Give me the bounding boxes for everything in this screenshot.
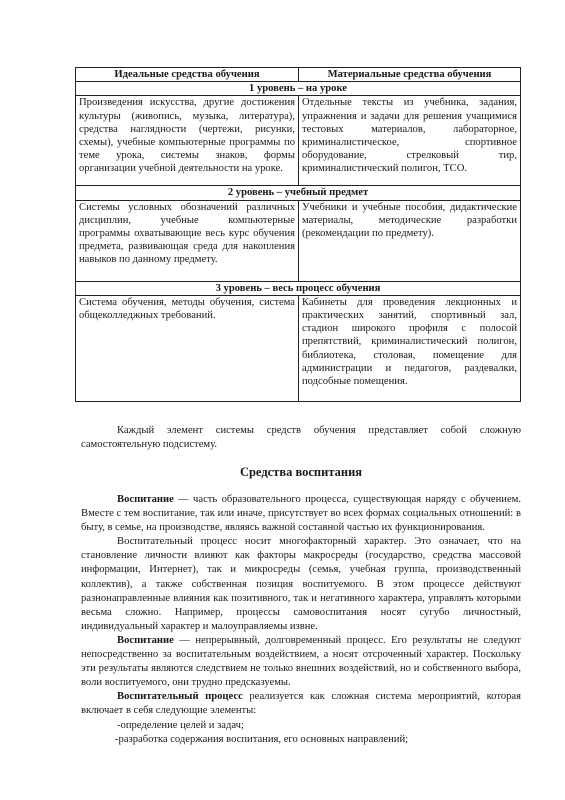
- teaching-means-table: Идеальные средства обучения Материальные…: [75, 67, 521, 402]
- table-header-row: Идеальные средства обучения Материальные…: [76, 68, 521, 82]
- paragraph: Воспитание — непрерывный, долговременный…: [81, 634, 521, 690]
- header-ideal-means: Идеальные средства обучения: [76, 68, 299, 82]
- paragraph: Каждый элемент системы средств обучения …: [81, 424, 521, 452]
- table-row: Система обучения, методы обучения, систе…: [76, 295, 521, 401]
- list-item: -определение целей и задач;: [81, 719, 521, 733]
- document-page: Идеальные средства обучения Материальные…: [0, 0, 565, 800]
- list-item: -разработка содержания воспитания, его о…: [81, 733, 521, 747]
- header-material-means: Материальные средства обучения: [299, 68, 521, 82]
- table-row: Произведения искусства, другие достижени…: [76, 96, 521, 186]
- level-2-ideal-cell: Системы условных обозначений различных д…: [76, 200, 299, 281]
- term-bold: Воспитание: [117, 494, 174, 505]
- level-title-row: 1 уровень – на уроке: [76, 82, 521, 96]
- level-title-row: 3 уровень – весь процесс обучения: [76, 281, 521, 295]
- level-1-material-cell: Отдельные тексты из учебника, задания, у…: [299, 96, 521, 186]
- term-bold: Воспитание: [117, 635, 174, 646]
- level-3-title: 3 уровень – весь процесс обучения: [76, 281, 521, 295]
- level-2-title: 2 уровень – учебный предмет: [76, 186, 521, 200]
- table-row: Системы условных обозначений различных д…: [76, 200, 521, 281]
- paragraph: Воспитательный процесс носит многофактор…: [81, 535, 521, 634]
- level-2-material-cell: Учебники и учебные пособия, дидактически…: [299, 200, 521, 281]
- after-table-paragraph: Каждый элемент системы средств обучения …: [81, 424, 521, 452]
- section-title: Средства воспитания: [81, 465, 521, 480]
- paragraph: Воспитательный процесс реализуется как с…: [81, 690, 521, 718]
- term-bold: Воспитательный процесс: [117, 691, 243, 702]
- level-3-ideal-cell: Система обучения, методы обучения, систе…: [76, 295, 299, 401]
- level-1-title: 1 уровень – на уроке: [76, 82, 521, 96]
- level-3-material-cell: Кабинеты для проведения лекционных и пра…: [299, 295, 521, 401]
- paragraph: Воспитание — часть образовательного проц…: [81, 493, 521, 535]
- body-text: Воспитание — часть образовательного проц…: [81, 493, 521, 747]
- level-1-ideal-cell: Произведения искусства, другие достижени…: [76, 96, 299, 186]
- level-title-row: 2 уровень – учебный предмет: [76, 186, 521, 200]
